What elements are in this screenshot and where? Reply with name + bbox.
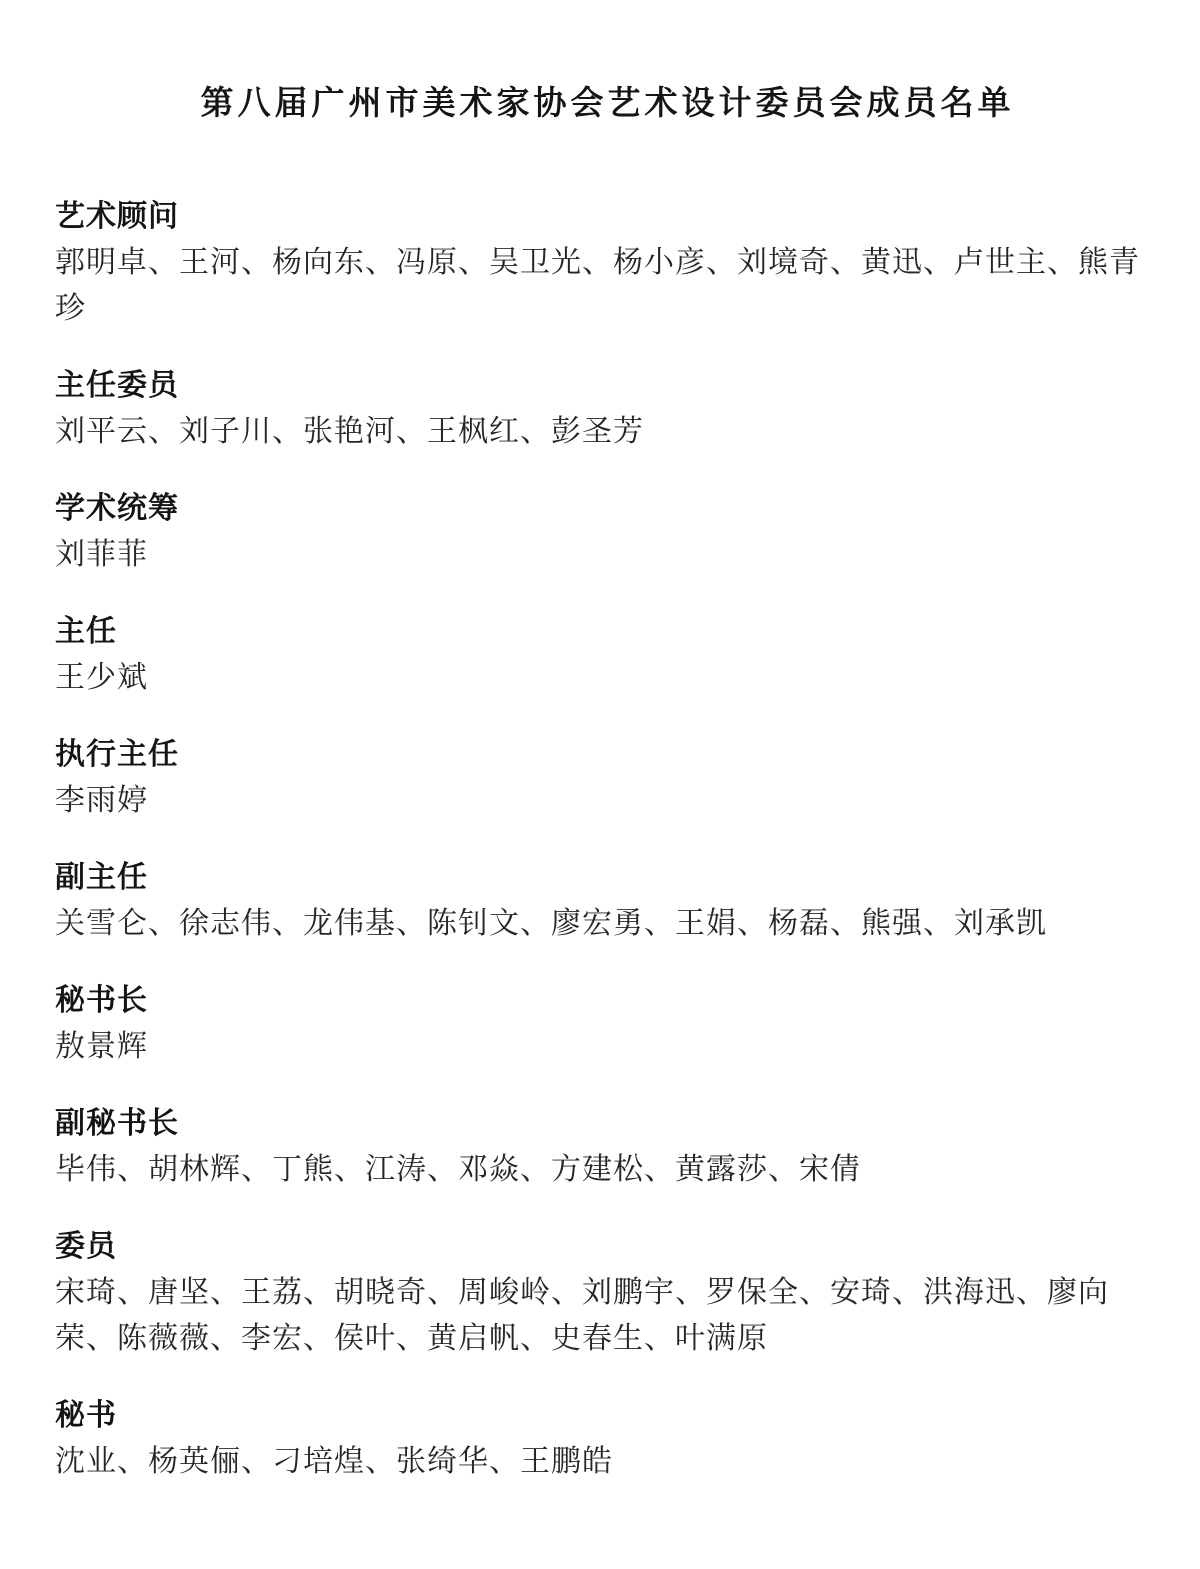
roster-section: 艺术顾问 郭明卓、王河、杨向东、冯原、吴卫光、杨小彦、刘境奇、黄迅、卢世主、熊青… <box>55 194 1160 332</box>
section-member-names: 宋琦、唐坚、王荔、胡晓奇、周峻岭、刘鹏宇、罗保全、安琦、洪海迅、廖向荣、陈薇薇、… <box>55 1270 1160 1362</box>
section-member-names: 敖景辉 <box>55 1024 1160 1070</box>
roster-section: 秘书长 敖景辉 <box>55 978 1160 1070</box>
roster-section: 副秘书长 毕伟、胡林辉、丁熊、江涛、邓焱、方建松、黄露莎、宋倩 <box>55 1101 1160 1193</box>
roster-section: 委员 宋琦、唐坚、王荔、胡晓奇、周峻岭、刘鹏宇、罗保全、安琦、洪海迅、廖向荣、陈… <box>55 1224 1160 1362</box>
section-heading: 副主任 <box>55 855 1160 901</box>
sections-container: 艺术顾问 郭明卓、王河、杨向东、冯原、吴卫光、杨小彦、刘境奇、黄迅、卢世主、熊青… <box>55 194 1200 1485</box>
section-heading: 执行主任 <box>55 732 1160 778</box>
section-member-names: 郭明卓、王河、杨向东、冯原、吴卫光、杨小彦、刘境奇、黄迅、卢世主、熊青珍 <box>55 240 1160 332</box>
roster-section: 副主任 关雪仑、徐志伟、龙伟基、陈钊文、廖宏勇、王娟、杨磊、熊强、刘承凯 <box>55 855 1160 947</box>
roster-section: 秘书 沈业、杨英俪、刁培煌、张绮华、王鹏皓 <box>55 1393 1160 1485</box>
section-heading: 艺术顾问 <box>55 194 1160 240</box>
section-heading: 秘书长 <box>55 978 1160 1024</box>
document-title: 第八届广州市美术家协会艺术设计委员会成员名单 <box>55 78 1160 130</box>
section-heading: 副秘书长 <box>55 1101 1160 1147</box>
roster-section: 学术统筹 刘菲菲 <box>55 486 1160 578</box>
section-member-names: 刘平云、刘子川、张艳河、王枫红、彭圣芳 <box>55 409 1160 455</box>
section-heading: 主任委员 <box>55 363 1160 409</box>
section-heading: 主任 <box>55 609 1160 655</box>
section-member-names: 毕伟、胡林辉、丁熊、江涛、邓焱、方建松、黄露莎、宋倩 <box>55 1147 1160 1193</box>
section-member-names: 关雪仑、徐志伟、龙伟基、陈钊文、廖宏勇、王娟、杨磊、熊强、刘承凯 <box>55 901 1160 947</box>
roster-section: 主任 王少斌 <box>55 609 1160 701</box>
section-member-names: 沈业、杨英俪、刁培煌、张绮华、王鹏皓 <box>55 1439 1160 1485</box>
section-member-names: 刘菲菲 <box>55 532 1160 578</box>
roster-section: 主任委员 刘平云、刘子川、张艳河、王枫红、彭圣芳 <box>55 363 1160 455</box>
section-heading: 秘书 <box>55 1393 1160 1439</box>
section-member-names: 王少斌 <box>55 655 1160 701</box>
roster-section: 执行主任 李雨婷 <box>55 732 1160 824</box>
section-heading: 学术统筹 <box>55 486 1160 532</box>
document-page: 第八届广州市美术家协会艺术设计委员会成员名单 艺术顾问 郭明卓、王河、杨向东、冯… <box>0 0 1200 1485</box>
section-member-names: 李雨婷 <box>55 778 1160 824</box>
section-heading: 委员 <box>55 1224 1160 1270</box>
